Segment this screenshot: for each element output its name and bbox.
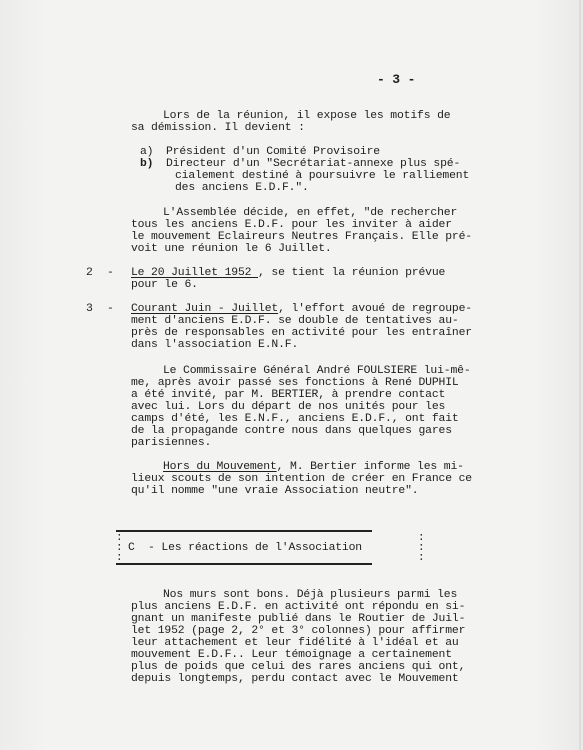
list-b-line2: cialement destiné à poursuivre le rallie… (175, 170, 469, 182)
para1-line2: sa démission. Il devient : (131, 122, 305, 134)
para5-line5: leur attachement et leur fidélité à l'id… (131, 637, 459, 649)
para2-line2: tous les anciens E.D.F. pour les inviter… (131, 219, 452, 231)
para4-line2: lieux scouts de son intention de créer e… (131, 473, 472, 485)
item2-dash: - (107, 267, 114, 279)
para2-line1: L'Assemblée décide, en effet, "de recher… (163, 207, 457, 219)
para1-line1: Lors de la réunion, il expose les motifs… (163, 110, 450, 122)
para2-line4: voit une réunion le 6 Juillet. (131, 243, 332, 255)
list-a-text: Président d'un Comité Provisoire (166, 146, 380, 158)
para3-line2: me, après avoir passé ses fonctions à Re… (131, 377, 459, 389)
document-page: - 3 - Lors de la réunion, il expose les … (0, 0, 583, 750)
item2-line2: pour le 6. (131, 279, 198, 291)
para4-rest: , M. Bertier informe les mi- (277, 461, 464, 473)
para3-line5: camps d'été, les E.N.F., anciens E.D.F.,… (131, 413, 459, 425)
para3-line1: Le Commissaire Général André FOULSIERE l… (163, 365, 471, 377)
item3-rest: , l'effort avoué de regroupe- (278, 303, 472, 315)
item3-line4: dans l'association E.N.F. (131, 339, 298, 351)
section-heading: C - Les réactions de l'Association (128, 542, 362, 554)
para2-line3: le mouvement Eclaireurs Neutres Français… (131, 231, 472, 243)
list-b-marker: b) (140, 158, 153, 170)
list-a-marker: a) (140, 146, 153, 158)
para5-line2: plus anciens E.D.F. en activité ont répo… (131, 601, 465, 613)
box-bottom-rule (116, 563, 372, 565)
item3-period: Courant Juin - Juillet (131, 303, 278, 315)
para3-line3: a été invité, par M. BERTIER, à prendre … (131, 389, 445, 401)
para5-line3: gnant un manifeste publié dans le Routie… (131, 613, 465, 625)
list-b-line3: des anciens E.D.F.". (175, 182, 309, 194)
para4-line3: qu'il nomme "une vraie Association neutr… (131, 485, 418, 497)
para5-line8: depuis longtemps, perdu contact avec le … (131, 673, 459, 685)
item3-line1: Courant Juin - Juillet, l'effort avoué d… (131, 303, 472, 315)
item3-number: 3 (86, 303, 93, 315)
item2-number: 2 (86, 267, 93, 279)
para5-line6: mouvement E.D.F.. Leur témoignage a cert… (131, 649, 452, 661)
para4-lead: Hors du Mouvement (163, 461, 277, 473)
box-right-colons: ::: (418, 533, 425, 563)
para5-line1: Nos murs sont bons. Déjà plusieurs parmi… (163, 589, 457, 601)
box-left-colons: ::: (116, 533, 123, 563)
item3-dash: - (107, 303, 114, 315)
item3-line3: près de responsables en activité pour le… (131, 327, 472, 339)
box-top-rule (116, 530, 372, 532)
list-b-line1: Directeur d'un "Secrétariat-annexe plus … (166, 158, 460, 170)
para3-line7: parisiennes. (131, 437, 211, 449)
page-number: - 3 - (377, 74, 415, 86)
para3-line6: de la propagande contre nous dans quelqu… (131, 425, 452, 437)
scan-edge (579, 0, 581, 750)
para3-line4: avec lui. Lors du départ de nos unités p… (131, 401, 445, 413)
para5-line4: let 1952 (page 2, 2° et 3° colonnes) pou… (131, 625, 465, 637)
item3-line2: ment d'anciens E.D.F. se double de tenta… (131, 315, 459, 327)
para5-line7: plus de poids que celui des rares ancien… (131, 661, 465, 673)
item2-rest: , se tient la réunion prévue (258, 267, 445, 279)
item2-line1: Le 20 Juillet 1952 , se tient la réunion… (131, 267, 445, 279)
item2-date: Le 20 Juillet 1952 (131, 267, 258, 279)
para4-line1: Hors du Mouvement, M. Bertier informe le… (163, 461, 464, 473)
